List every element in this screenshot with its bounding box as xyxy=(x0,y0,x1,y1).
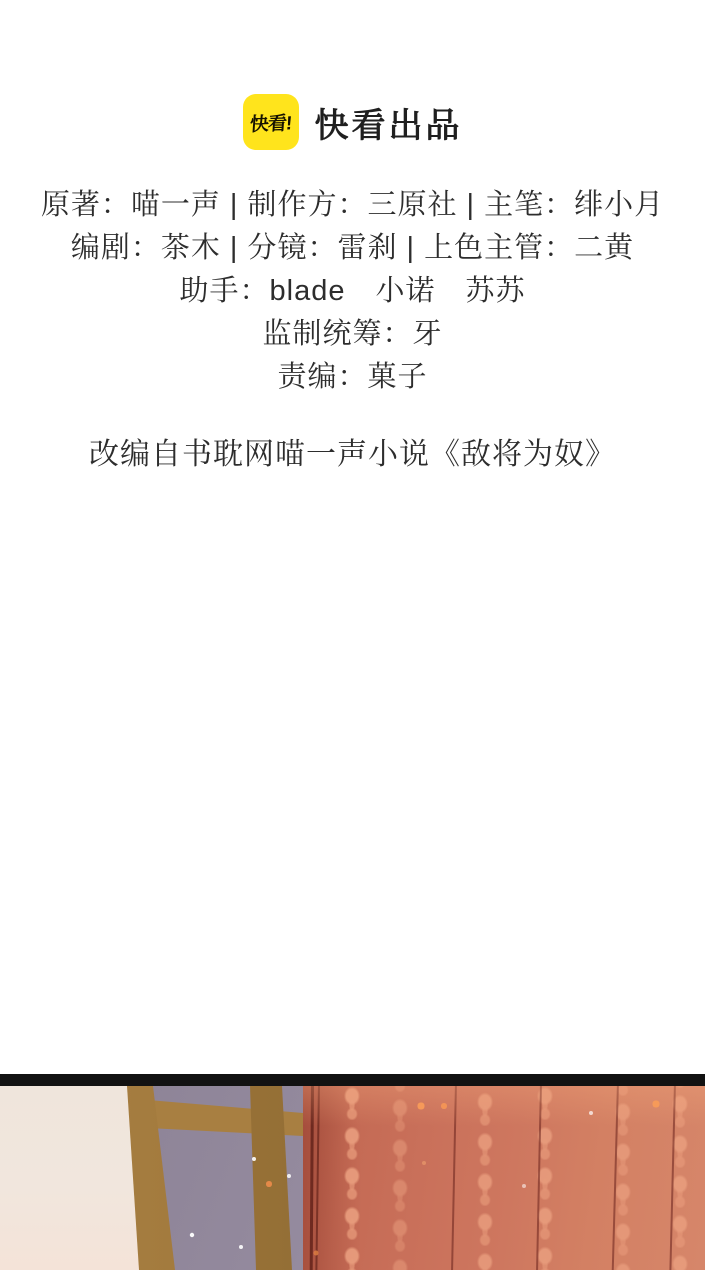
credits-block: 原著：喵一声 | 制作方：三原社 | 主笔：绯小月 编剧：茶木 | 分镜：雷刹 … xyxy=(0,184,705,399)
sparkle-dots xyxy=(0,1086,2,1088)
kuaikan-logo-text: 快看! xyxy=(249,108,292,136)
curtain-pattern-chain xyxy=(387,1086,413,1270)
curtain xyxy=(303,1086,705,1270)
comic-art-backdrop xyxy=(0,1086,705,1270)
curtain-pattern-chain xyxy=(339,1086,365,1270)
kuaikan-logo-icon: 快看! xyxy=(243,94,299,150)
curtain-fold-line xyxy=(310,1086,314,1270)
curtain-pattern-chain xyxy=(472,1086,498,1270)
brand-header: 快看! 快看出品 xyxy=(0,93,705,151)
credit-line-writers: 编剧：茶木 | 分镜：雷刹 | 上色主管：二黄 xyxy=(0,227,705,270)
credit-line-authors: 原著：喵一声 | 制作方：三原社 | 主笔：绯小月 xyxy=(0,184,705,227)
curtain-fold-line xyxy=(315,1086,320,1270)
credit-line-editor: 责编：菓子 xyxy=(0,356,705,399)
credit-line-assistants: 助手：blade 小诺 苏苏 xyxy=(0,270,705,313)
page: 快看! 快看出品 原著：喵一声 | 制作方：三原社 | 主笔：绯小月 编剧：茶木… xyxy=(0,0,705,1270)
panel-top-border xyxy=(0,1074,705,1086)
brand-title: 快看出品 xyxy=(315,98,463,147)
curtain-fold-line xyxy=(451,1086,457,1270)
comic-panel xyxy=(0,1074,705,1270)
credit-line-supervisor: 监制统筹：牙 xyxy=(0,313,705,356)
adaptation-note: 改编自书耽网喵一声小说《敌将为奴》 xyxy=(0,432,705,478)
